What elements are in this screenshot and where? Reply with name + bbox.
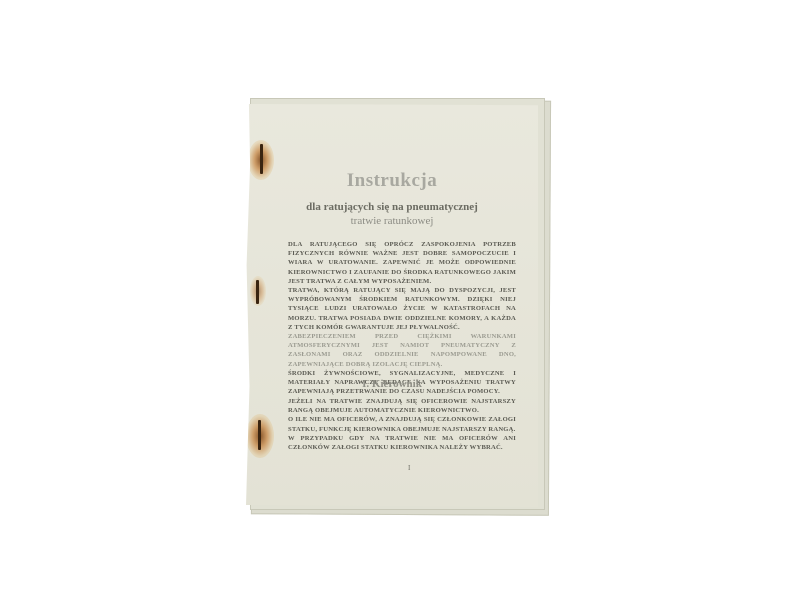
staple-bottom	[258, 420, 261, 450]
section-paragraph: W PRZYPADKU GDY NA TRATWIE NIE MA OFICER…	[288, 434, 516, 452]
instruction-page: Instrukcja dla ratujących się na pneumat…	[246, 104, 538, 507]
subtitle-line-2: tratwie ratunkowej	[246, 214, 538, 228]
intro-text: DLA RATUJĄCEGO SIĘ OPRÓCZ ZASPOKOJENIA P…	[288, 240, 516, 396]
section-heading: I. Kierownik	[246, 378, 538, 390]
intro-paragraph: DLA RATUJĄCEGO SIĘ OPRÓCZ ZASPOKOJENIA P…	[288, 240, 516, 286]
document-title: Instrukcja	[246, 170, 538, 192]
subtitle-line-1: dla ratujących się na pneumatycznej	[246, 200, 538, 214]
intro-paragraph: ZABEZPIECZENIEM PRZED CIĘŻKIMI WARUNKAMI…	[288, 332, 516, 369]
page-mark: I	[408, 464, 410, 472]
section-paragraph: O ILE NIE MA OFICERÓW, A ZNAJDUJĄ SIĘ CZ…	[288, 415, 516, 433]
staple-middle	[256, 280, 259, 304]
section-text: JEŻELI NA TRATWIE ZNAJDUJĄ SIĘ OFICEROWI…	[288, 397, 516, 452]
document-subtitle: dla ratujących się na pneumatycznej trat…	[246, 200, 538, 228]
section-paragraph: JEŻELI NA TRATWIE ZNAJDUJĄ SIĘ OFICEROWI…	[288, 397, 516, 415]
intro-paragraph: TRATWA, KTÓRĄ RATUJĄCY SIĘ MAJĄ DO DYSPO…	[288, 286, 516, 332]
photo-stage: Instrukcja dla ratujących się na pneumat…	[0, 0, 800, 600]
